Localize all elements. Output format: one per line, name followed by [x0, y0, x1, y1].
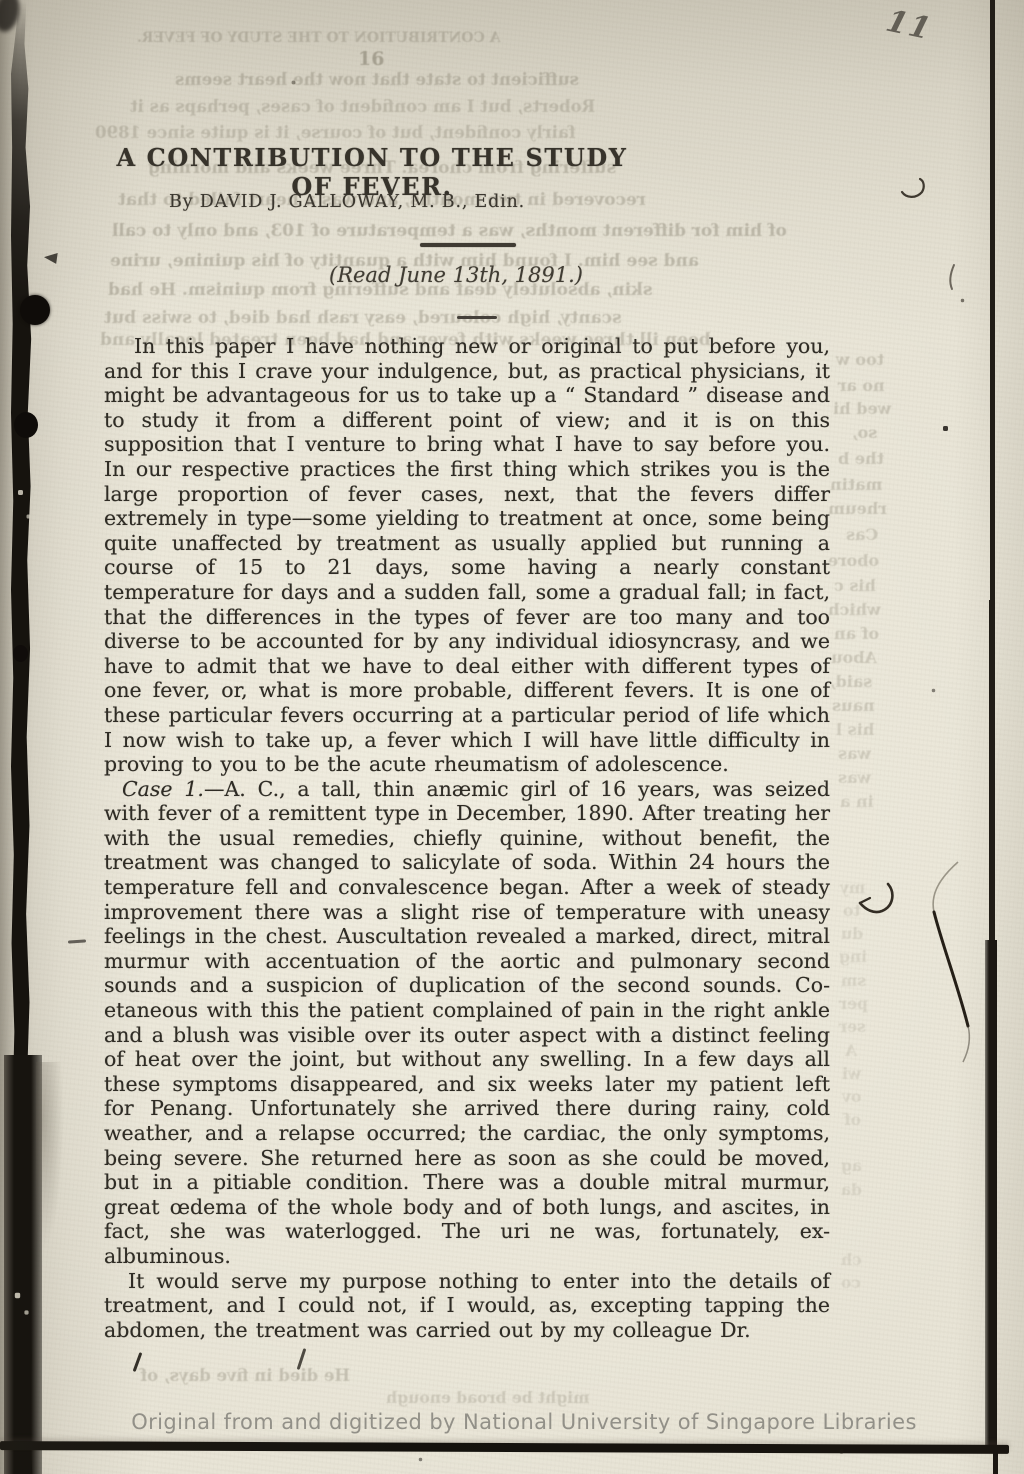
bleedthrough-fragment: ch: [841, 1250, 862, 1269]
page-scan: A CONTRIBUTION TO THE STUDY OF FEVER.16s…: [0, 0, 1024, 1474]
bleedthrough-fragment: He died in five days, of: [140, 1366, 350, 1385]
bleedthrough-fragment: of an: [834, 624, 879, 643]
byline: By DAVID J. GALLOWAY, M. B., Edin.: [105, 192, 589, 212]
bleedthrough-fragment: in a: [840, 792, 874, 811]
divider-rule-top: [420, 243, 516, 247]
bleedthrough-fragment: his c: [834, 576, 876, 595]
binding-smudge: [36, 1062, 64, 1252]
binding-ink-blob: [20, 295, 50, 325]
bleedthrough-fragment: was: [838, 768, 871, 787]
bleedthrough-fragment: scanty, high coloured, easy rash had die…: [104, 308, 622, 328]
bleedthrough-fragment: naus: [832, 696, 875, 715]
bleedthrough-fragment: Roberts, but I am confident of cases, pe…: [130, 97, 595, 116]
article-body: In this paper I have nothing new or orig…: [104, 334, 830, 1342]
right-border-line: [990, 0, 995, 620]
bleedthrough-fragment: fairly confident, but of course, it is q…: [95, 123, 576, 142]
divider-rule-bottom: [457, 316, 497, 319]
binding-ink-blob: [13, 645, 28, 662]
bleedthrough-fragment: which: [828, 600, 881, 619]
bleedthrough-fragment: da: [841, 1180, 862, 1199]
paragraph-case1: Case 1.—A. C., a tall, thin anæmic girl …: [104, 777, 830, 1269]
bleedthrough-fragment: Cas: [846, 525, 878, 544]
bleedthrough-fragment: rheum: [828, 499, 887, 518]
bleedthrough-fragment: co: [841, 1273, 861, 1292]
bleedthrough-fragment: ag: [841, 1156, 862, 1175]
bleedthrough-fragment: wed hi: [833, 399, 891, 418]
paragraph-text: —A. C., a tall, thin anæmic girl of 16 y…: [104, 777, 830, 1268]
bleedthrough-fragment: 16: [358, 48, 384, 70]
crease-mark: [850, 848, 1010, 1068]
bleedthrough-fragment: sufficient to state that now the heart s…: [175, 70, 579, 89]
binding-ink-blob: [14, 412, 38, 438]
bleedthrough-fragment: so,: [852, 423, 877, 442]
bleedthrough-fragment: matin: [830, 475, 882, 494]
paragraph-text: It would serve my purpose nothing to ent…: [104, 1269, 830, 1342]
bleedthrough-fragment: said,: [830, 672, 872, 691]
bleedthrough-fragment: the b: [838, 449, 884, 468]
bleedthrough-fragment: A CONTRIBUTION TO THE STUDY OF FEVER.: [137, 30, 500, 46]
paragraph-closing: It would serve my purpose nothing to ent…: [104, 1269, 830, 1343]
bleedthrough-fragment: might be broad enough: [386, 1388, 590, 1407]
read-note: (Read June 13th, 1891.): [105, 263, 807, 287]
bleedthrough-fragment: ov: [842, 1087, 861, 1106]
apostrophe-mark: [944, 262, 958, 292]
bleedthrough-fragment: his l: [836, 720, 874, 739]
bleedthrough-fragment: Abou: [831, 648, 877, 667]
bleedthrough-fragment: was: [838, 744, 871, 763]
ink-specks: [0, 0, 1, 1]
margin-arrow-mark: [43, 251, 57, 264]
footer-credit: Original from and digitized by National …: [84, 1410, 964, 1434]
margin-dash-mark: [68, 939, 86, 943]
paragraph-text: In this paper I have nothing new or orig…: [104, 334, 830, 776]
bleedthrough-fragment: of him for different months, was a tempe…: [112, 221, 787, 241]
handwritten-mark: 11: [879, 5, 940, 47]
bleedthrough-fragment: too w: [836, 350, 884, 369]
bleedthrough-fragment: obore: [828, 551, 879, 570]
pen-squiggle-mark: [898, 176, 928, 204]
paragraph-intro: In this paper I have nothing new or orig…: [104, 334, 830, 777]
bleedthrough-fragment: of: [844, 1110, 861, 1129]
case-label: Case 1.: [122, 777, 204, 801]
bleedthrough-fragment: no ar: [838, 376, 885, 395]
bottom-border-line: [0, 1441, 1009, 1454]
